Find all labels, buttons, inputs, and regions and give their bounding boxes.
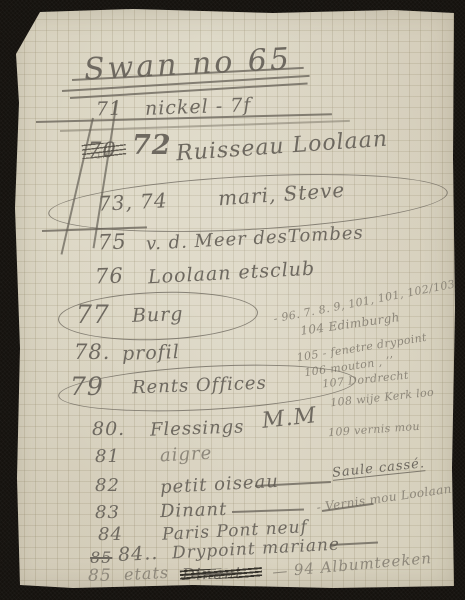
entry-80-suffix: M.M (261, 405, 318, 433)
entry-79-text: Rents Offices (132, 375, 267, 398)
entry-80-number: 80. (92, 420, 125, 439)
entry-73-74-number: 73, 74 (98, 190, 169, 214)
entry-85-number: 85 (88, 568, 112, 585)
entry-80-text: Flessings (150, 418, 245, 439)
entry-82-number: 82 (95, 477, 120, 495)
entry-81-text: aigre (160, 445, 213, 466)
entry-78-text: profil (122, 343, 181, 364)
entry-78-number: 78. (74, 342, 110, 363)
entry-72-number-scribble (82, 142, 127, 159)
entry-83-number: 83 (95, 504, 120, 522)
entry-84bis-struck-number: 85 (90, 550, 112, 566)
entry-81-number: 81 (95, 448, 120, 466)
entry-77-number: 77 (76, 302, 110, 327)
entry-84bis-number: 84.. (118, 544, 159, 565)
entry-76-number: 76 (95, 266, 124, 288)
entry-85-text: etats (124, 565, 170, 583)
entry-83-text: Dinant (160, 501, 228, 521)
entry-75-number: 75 (98, 232, 127, 254)
entry-71-number: 71 (96, 100, 123, 120)
entry-72-number: 72 (132, 132, 172, 159)
entry-77-text: Burg (132, 305, 184, 326)
entry-79-number: 79 (70, 374, 104, 399)
entry-84-number: 84 (98, 526, 123, 544)
